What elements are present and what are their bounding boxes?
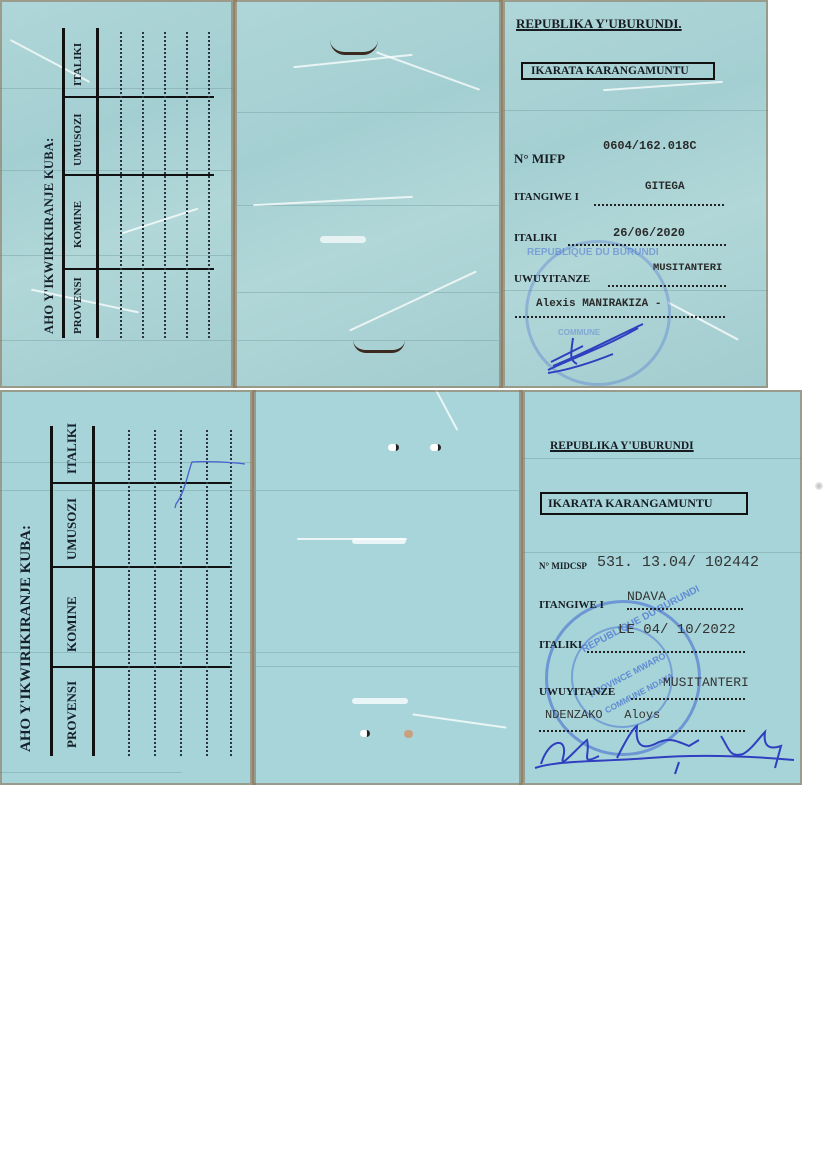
- column-italiki: ITALIKI: [72, 43, 84, 86]
- staple-hole: [430, 444, 441, 451]
- staple-mark-top: [330, 40, 378, 55]
- register-table: AHO Y'IKWIRIKIRANJE KUBA: PROVENSI KOMIN…: [38, 20, 218, 338]
- card-title-box: IKARATA KARANGAMUNTU: [540, 492, 748, 515]
- signature: [529, 718, 799, 780]
- column-komine: KOMINE: [72, 201, 84, 248]
- issue-date-label: ITALIKI: [514, 232, 557, 244]
- staple-hole: [360, 730, 370, 737]
- issued-at-value: NDAVA: [627, 589, 666, 604]
- republic-heading: REPUBLIKA Y'UBURUNDI: [550, 440, 694, 452]
- issue-date-value: 26/06/2020: [613, 226, 685, 240]
- column-umusozi: UMUSOZI: [64, 498, 80, 560]
- card-top-back-panel: AHO Y'IKWIRIKIRANJE KUBA: PROVENSI KOMIN…: [0, 0, 233, 388]
- card-number-label: N° MIFP: [514, 151, 565, 167]
- signature: [543, 318, 653, 378]
- staple-mark-mid: [352, 538, 406, 544]
- register-title: AHO Y'IKWIRIKIRANJE KUBA:: [42, 137, 57, 334]
- issued-at-label: ITANGIWE I: [514, 191, 579, 203]
- card-number-label: N° MIDCSP: [539, 561, 587, 571]
- card-number-value: 531. 13.04/ 102442: [597, 554, 759, 571]
- issuer-name-value: Alexis MANIRAKIZA -: [536, 298, 661, 310]
- scan-speck: [815, 482, 823, 490]
- issuer-title-value: MUSITANTERI: [653, 262, 722, 274]
- staple-hole: [404, 730, 413, 738]
- column-provensi: PROVENSI: [64, 681, 80, 748]
- staple-hole: [388, 444, 399, 451]
- card-bottom-back-panel: AHO Y'IKWIRIKIRANJE KUBA: PROVENSI KOMIN…: [0, 390, 252, 785]
- card-top-photo-panel: [233, 0, 503, 388]
- column-komine: KOMINE: [64, 596, 80, 652]
- issue-date-label: ITALIKI: [539, 639, 582, 651]
- staple-mark-bottom: [352, 698, 408, 704]
- staple-mark-mid: [320, 236, 366, 243]
- issuer-title-label: UWUYITANZE: [514, 273, 590, 285]
- card-top-front-panel: REPUBLIQUE DU BURUNDI COMMUNE REPUBLIKA …: [503, 0, 768, 388]
- pen-mark: [170, 452, 250, 512]
- card-title-box: IKARATA KARANGAMUNTU: [521, 62, 715, 80]
- column-umusozi: UMUSOZI: [72, 113, 84, 166]
- issued-at-label: ITANGIWE I: [539, 599, 604, 611]
- card-number-value: 0604/162.018C: [603, 139, 697, 153]
- republic-heading: REPUBLIKA Y'UBURUNDI.: [516, 16, 682, 32]
- register-title: AHO Y'IKWIRIKIRANJE KUBA:: [18, 525, 35, 752]
- staple-mark-bottom: [353, 340, 405, 353]
- id-card-top: AHO Y'IKWIRIKIRANJE KUBA: PROVENSI KOMIN…: [0, 0, 768, 388]
- issuer-title-value: MUSITANTERI: [663, 675, 749, 690]
- issue-date-value: LE 04/ 10/2022: [618, 622, 736, 638]
- card-bottom-front-panel: REPUBLIQUE DU BURUNDI PROVINCE MWARO COM…: [523, 390, 802, 785]
- issuer-title-label: UWUYITANZE: [539, 686, 615, 698]
- issued-at-value: GITEGA: [645, 181, 685, 193]
- card-bottom-photo-panel: [252, 390, 523, 785]
- column-provensi: PROVENSI: [72, 277, 84, 334]
- column-italiki: ITALIKI: [64, 423, 80, 474]
- id-card-bottom: AHO Y'IKWIRIKIRANJE KUBA: PROVENSI KOMIN…: [0, 390, 802, 785]
